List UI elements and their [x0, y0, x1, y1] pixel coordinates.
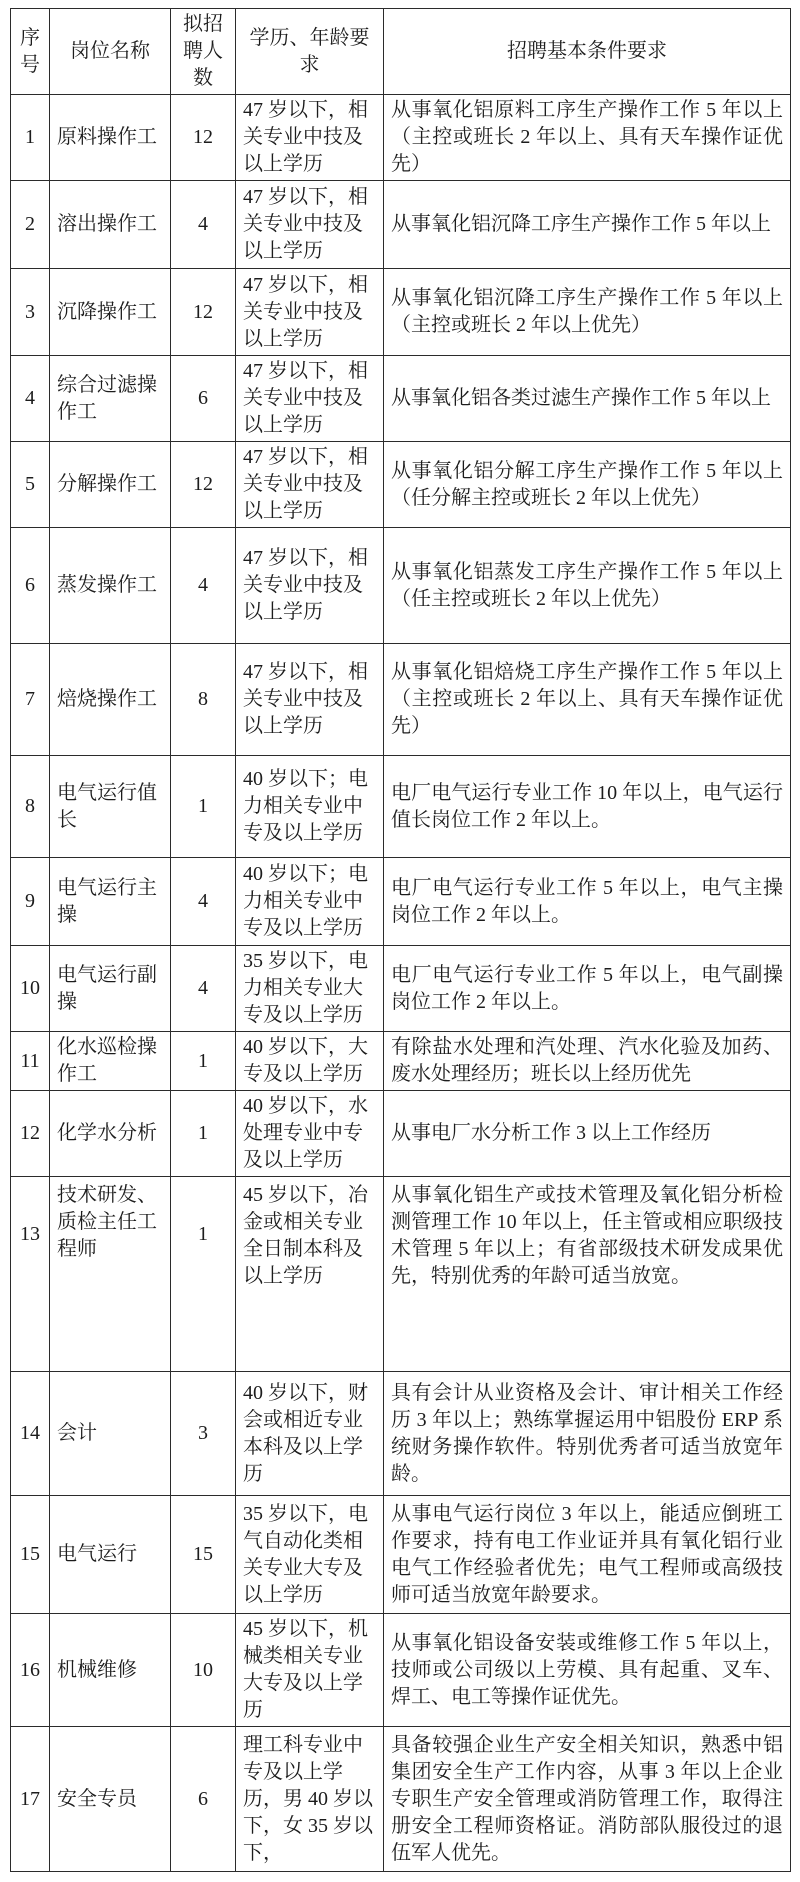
- table-row: 5分解操作工1247 岁以下，相关专业中技及以上学历从事氧化铝分解工序生产操作工…: [11, 442, 791, 528]
- header-serial: 序号: [11, 9, 50, 95]
- serial-cell: 17: [11, 1727, 50, 1872]
- requirements-cell: 47 岁以下，相关专业中技及以上学历: [236, 644, 384, 756]
- requirements-cell: 47 岁以下，相关专业中技及以上学历: [236, 181, 384, 269]
- conditions-cell: 从事氧化铝沉降工序生产操作工作 5 年以上: [384, 181, 791, 269]
- serial-cell: 5: [11, 442, 50, 528]
- conditions-cell: 电厂电气运行专业工作 10 年以上，电气运行值长岗位工作 2 年以上。: [384, 756, 791, 858]
- conditions-cell: 从事氧化铝沉降工序生产操作工作 5 年以上（主控或班长 2 年以上优先）: [384, 269, 791, 356]
- conditions-cell: 从事氧化铝生产或技术管理及氧化铝分析检测管理工作 10 年以上，任主管或相应职级…: [384, 1177, 791, 1372]
- requirements-cell: 45 岁以下，冶金或相关专业全日制本科及以上学历: [236, 1177, 384, 1372]
- conditions-cell: 具有会计从业资格及会计、审计相关工作经历 3 年以上；熟练掌握运用中铝股份 ER…: [384, 1372, 791, 1496]
- table-row: 12化学水分析140 岁以下，水处理专业中专及以上学历从事电厂水分析工作 3 以…: [11, 1091, 791, 1177]
- table-body: 1原料操作工1247 岁以下，相关专业中技及以上学历从事氧化铝原料工序生产操作工…: [11, 95, 791, 1872]
- conditions-cell: 具备较强企业生产安全相关知识，熟悉中铝集团安全生产工作内容，从事 3 年以上企业…: [384, 1727, 791, 1872]
- table-row: 10电气运行副操435 岁以下，电力相关专业大专及以上学历电厂电气运行专业工作 …: [11, 946, 791, 1032]
- count-cell: 12: [171, 269, 236, 356]
- table-row: 11化水巡检操作工140 岁以下，大专及以上学历有除盐水处理和汽处理、汽水化验及…: [11, 1032, 791, 1091]
- count-cell: 6: [171, 1727, 236, 1872]
- requirements-cell: 理工科专业中专及以上学历，男 40 岁以下，女 35 岁以下，: [236, 1727, 384, 1872]
- table-row: 9电气运行主操440 岁以下；电力相关专业中专及以上学历电厂电气运行专业工作 5…: [11, 858, 791, 946]
- conditions-cell: 从事氧化铝蒸发工序生产操作工作 5 年以上（任主控或班长 2 年以上优先）: [384, 528, 791, 644]
- conditions-cell: 从事电厂水分析工作 3 以上工作经历: [384, 1091, 791, 1177]
- serial-cell: 4: [11, 356, 50, 442]
- table-row: 7焙烧操作工847 岁以下，相关专业中技及以上学历从事氧化铝焙烧工序生产操作工作…: [11, 644, 791, 756]
- serial-cell: 9: [11, 858, 50, 946]
- count-cell: 6: [171, 356, 236, 442]
- serial-cell: 6: [11, 528, 50, 644]
- count-cell: 1: [171, 1177, 236, 1372]
- requirements-cell: 47 岁以下，相关专业中技及以上学历: [236, 442, 384, 528]
- conditions-cell: 有除盐水处理和汽处理、汽水化验及加药、废水处理经历；班长以上经历优先: [384, 1032, 791, 1091]
- count-cell: 1: [171, 1091, 236, 1177]
- conditions-cell: 电厂电气运行专业工作 5 年以上，电气副操岗位工作 2 年以上。: [384, 946, 791, 1032]
- count-cell: 15: [171, 1496, 236, 1614]
- requirements-cell: 47 岁以下，相关专业中技及以上学历: [236, 356, 384, 442]
- recruitment-table: 序号 岗位名称 拟招聘人数 学历、年龄要求 招聘基本条件要求 1原料操作工124…: [10, 8, 791, 1872]
- conditions-cell: 从事氧化铝原料工序生产操作工作 5 年以上（主控或班长 2 年以上、具有天车操作…: [384, 95, 791, 181]
- table-row: 4综合过滤操作工647 岁以下，相关专业中技及以上学历从事氧化铝各类过滤生产操作…: [11, 356, 791, 442]
- header-conditions: 招聘基本条件要求: [384, 9, 791, 95]
- position-cell: 技术研发、质检主任工程师: [50, 1177, 171, 1372]
- requirements-cell: 35 岁以下，电气自动化类相关专业大专及以上学历: [236, 1496, 384, 1614]
- count-cell: 4: [171, 946, 236, 1032]
- position-cell: 化水巡检操作工: [50, 1032, 171, 1091]
- position-cell: 电气运行副操: [50, 946, 171, 1032]
- requirements-cell: 40 岁以下，水处理专业中专及以上学历: [236, 1091, 384, 1177]
- serial-cell: 7: [11, 644, 50, 756]
- position-cell: 分解操作工: [50, 442, 171, 528]
- serial-cell: 1: [11, 95, 50, 181]
- conditions-cell: 从事氧化铝分解工序生产操作工作 5 年以上（任分解主控或班长 2 年以上优先）: [384, 442, 791, 528]
- table-row: 6蒸发操作工447 岁以下，相关专业中技及以上学历从事氧化铝蒸发工序生产操作工作…: [11, 528, 791, 644]
- table-row: 14会计340 岁以下，财会或相近专业本科及以上学历具有会计从业资格及会计、审计…: [11, 1372, 791, 1496]
- position-cell: 原料操作工: [50, 95, 171, 181]
- table-header-row: 序号 岗位名称 拟招聘人数 学历、年龄要求 招聘基本条件要求: [11, 9, 791, 95]
- table-row: 16机械维修1045 岁以下，机械类相关专业大专及以上学历从事氧化铝设备安装或维…: [11, 1614, 791, 1727]
- position-cell: 焙烧操作工: [50, 644, 171, 756]
- count-cell: 12: [171, 442, 236, 528]
- count-cell: 12: [171, 95, 236, 181]
- serial-cell: 15: [11, 1496, 50, 1614]
- table-row: 2溶出操作工447 岁以下，相关专业中技及以上学历从事氧化铝沉降工序生产操作工作…: [11, 181, 791, 269]
- conditions-cell: 从事氧化铝各类过滤生产操作工作 5 年以上: [384, 356, 791, 442]
- conditions-cell: 从事电气运行岗位 3 年以上，能适应倒班工作要求，持有电工作业证并具有氧化铝行业…: [384, 1496, 791, 1614]
- table-row: 8电气运行值长140 岁以下；电力相关专业中专及以上学历电厂电气运行专业工作 1…: [11, 756, 791, 858]
- table-row: 15电气运行1535 岁以下，电气自动化类相关专业大专及以上学历从事电气运行岗位…: [11, 1496, 791, 1614]
- serial-cell: 8: [11, 756, 50, 858]
- requirements-cell: 40 岁以下；电力相关专业中专及以上学历: [236, 756, 384, 858]
- serial-cell: 16: [11, 1614, 50, 1727]
- page: 序号 岗位名称 拟招聘人数 学历、年龄要求 招聘基本条件要求 1原料操作工124…: [0, 0, 800, 1882]
- table-row: 13技术研发、质检主任工程师145 岁以下，冶金或相关专业全日制本科及以上学历从…: [11, 1177, 791, 1372]
- header-position: 岗位名称: [50, 9, 171, 95]
- header-count: 拟招聘人数: [171, 9, 236, 95]
- requirements-cell: 35 岁以下，电力相关专业大专及以上学历: [236, 946, 384, 1032]
- position-cell: 机械维修: [50, 1614, 171, 1727]
- position-cell: 化学水分析: [50, 1091, 171, 1177]
- serial-cell: 14: [11, 1372, 50, 1496]
- position-cell: 溶出操作工: [50, 181, 171, 269]
- requirements-cell: 47 岁以下，相关专业中技及以上学历: [236, 528, 384, 644]
- position-cell: 安全专员: [50, 1727, 171, 1872]
- serial-cell: 11: [11, 1032, 50, 1091]
- header-requirements: 学历、年龄要求: [236, 9, 384, 95]
- count-cell: 4: [171, 528, 236, 644]
- conditions-cell: 从事氧化铝焙烧工序生产操作工作 5 年以上（主控或班长 2 年以上、具有天车操作…: [384, 644, 791, 756]
- requirements-cell: 40 岁以下，财会或相近专业本科及以上学历: [236, 1372, 384, 1496]
- requirements-cell: 47 岁以下，相关专业中技及以上学历: [236, 269, 384, 356]
- count-cell: 3: [171, 1372, 236, 1496]
- count-cell: 4: [171, 181, 236, 269]
- table-row: 17安全专员6理工科专业中专及以上学历，男 40 岁以下，女 35 岁以下，具备…: [11, 1727, 791, 1872]
- conditions-cell: 电厂电气运行专业工作 5 年以上，电气主操岗位工作 2 年以上。: [384, 858, 791, 946]
- position-cell: 沉降操作工: [50, 269, 171, 356]
- serial-cell: 12: [11, 1091, 50, 1177]
- requirements-cell: 40 岁以下；电力相关专业中专及以上学历: [236, 858, 384, 946]
- conditions-cell: 从事氧化铝设备安装或维修工作 5 年以上，技师或公司级以上劳模、具有起重、叉车、…: [384, 1614, 791, 1727]
- serial-cell: 13: [11, 1177, 50, 1372]
- position-cell: 会计: [50, 1372, 171, 1496]
- requirements-cell: 45 岁以下，机械类相关专业大专及以上学历: [236, 1614, 384, 1727]
- requirements-cell: 40 岁以下，大专及以上学历: [236, 1032, 384, 1091]
- serial-cell: 2: [11, 181, 50, 269]
- position-cell: 电气运行值长: [50, 756, 171, 858]
- position-cell: 蒸发操作工: [50, 528, 171, 644]
- table-row: 3沉降操作工1247 岁以下，相关专业中技及以上学历从事氧化铝沉降工序生产操作工…: [11, 269, 791, 356]
- count-cell: 4: [171, 858, 236, 946]
- position-cell: 电气运行: [50, 1496, 171, 1614]
- table-row: 1原料操作工1247 岁以下，相关专业中技及以上学历从事氧化铝原料工序生产操作工…: [11, 95, 791, 181]
- count-cell: 8: [171, 644, 236, 756]
- count-cell: 1: [171, 756, 236, 858]
- count-cell: 1: [171, 1032, 236, 1091]
- serial-cell: 3: [11, 269, 50, 356]
- requirements-cell: 47 岁以下，相关专业中技及以上学历: [236, 95, 384, 181]
- count-cell: 10: [171, 1614, 236, 1727]
- serial-cell: 10: [11, 946, 50, 1032]
- position-cell: 电气运行主操: [50, 858, 171, 946]
- position-cell: 综合过滤操作工: [50, 356, 171, 442]
